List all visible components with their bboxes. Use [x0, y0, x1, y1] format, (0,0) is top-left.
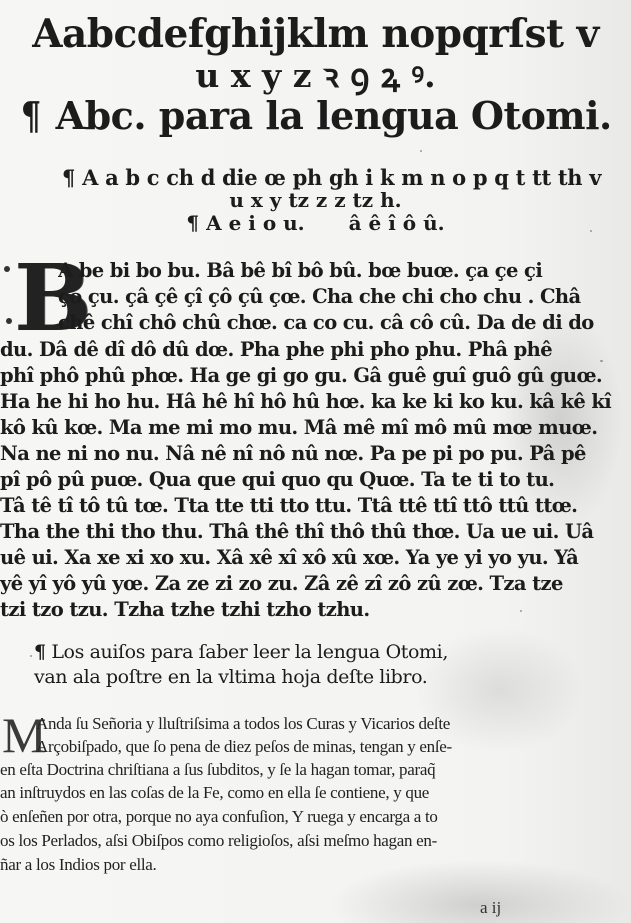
- gothic-alphabet-line-1: Aabcdefghijklm nopqrſst v: [0, 12, 631, 56]
- otomi-alphabet-line-1: ¶ A a b c ch d die œ ph gh i k m n o p q…: [62, 166, 601, 190]
- syllabary-line: du. Dâ dê dî dô dû dœ. Pha phe phi pho p…: [0, 337, 620, 363]
- mandate-line: os los Perlados, aſsi Obiſpos como relig…: [0, 829, 626, 852]
- syllabary-line: pî pô pû puœ. Qua que qui quo qu Quœ. Ta…: [0, 467, 620, 493]
- page-title: ¶ Abc. para la lengua Otomi.: [0, 93, 631, 139]
- vowels-line: ¶ A e i o u. â ê î ô û.: [0, 210, 631, 236]
- mandate-line: Anda ſu Señoria y lluſtriſsima a todos l…: [36, 712, 626, 735]
- pilcrow-icon: ¶: [186, 211, 199, 235]
- syllabary-line: Ha he hi ho hu. Hâ hê hî hô hû hœ. ka ke…: [0, 389, 620, 415]
- page-title-text: Abc. para la lengua Otomi.: [56, 93, 612, 138]
- scanned-page: Aabcdefghijklm nopqrſst v u x y z ꝛ ꝯ ꝝ …: [0, 0, 631, 923]
- mandate-line: Arçobiſpado, que ſo pena de diez peſos d…: [36, 735, 626, 758]
- avisos-note: ¶ Los auiſos para ſaber leer la lengua O…: [34, 640, 448, 690]
- syllabary-line: tzi tzo tzu. Tzha tzhe tzhi tzho tzhu.: [0, 597, 620, 623]
- pilcrow-icon: ¶: [62, 165, 75, 190]
- syllabary-line: uê ui. Xa xe xi xo xu. Xâ xê xî xô xû xœ…: [0, 545, 620, 571]
- syllabary-line: yê yî yô yû yœ. Za ze zi zo zu. Zâ zê zî…: [0, 571, 620, 597]
- pilcrow-icon: ¶: [21, 93, 41, 139]
- avisos-line-2: van ala poſtre en la vltima hoja deſte l…: [34, 665, 448, 690]
- syllabary-line: ço çu. çâ çê çî çô çû çœ. Cha che chi ch…: [58, 284, 618, 310]
- pilcrow-icon: ¶: [34, 641, 46, 663]
- syllabary-line: Tâ tê tî tô tû tœ. Tta tte tti tto ttu. …: [0, 493, 620, 519]
- avisos-line-1: Los auiſos para ſaber leer la lengua Oto…: [51, 641, 448, 663]
- otomi-alphabet-text: A a b c ch d die œ ph gh i k m n o p q t…: [82, 165, 601, 190]
- vowels-accented: â ê î ô û.: [349, 211, 445, 235]
- otomi-alphabet-line-2: u x y tz z z tz h.: [0, 188, 631, 212]
- scan-speck: [590, 230, 592, 232]
- vowels-plain: A e i o u.: [206, 211, 305, 235]
- syllabary-line: chê chî chô chû chœ. ca co cu. câ cô cû.…: [58, 310, 618, 336]
- mandate-line: en eſta Doctrina chriſtiana a ſus ſubdit…: [0, 758, 626, 781]
- syllabary-line: Tha the thi tho thu. Thâ thê thî thô thû…: [0, 519, 620, 545]
- ornament-dot: [4, 266, 10, 272]
- gothic-alphabet-line-2: u x y z ꝛ ꝯ ꝝ ꝰ.: [0, 56, 631, 96]
- syllabary-line: kô kû kœ. Ma me mi mo mu. Mâ mê mî mô mû…: [0, 415, 620, 441]
- syllabary-line: A be bi bo bu. Bâ bê bî bô bû. bœ buœ. ç…: [58, 258, 618, 284]
- scan-speck: [600, 360, 603, 362]
- syllabary-line: Na ne ni no nu. Nâ nê nî nô nû nœ. Pa pe…: [0, 441, 620, 467]
- syllabary-line: phî phô phû phœ. Ha ge gi go gu. Gâ guê …: [0, 363, 620, 389]
- ornament-dot: [6, 318, 12, 324]
- mandate-line: an inſtruydos en las coſas de la Fe, com…: [0, 781, 626, 804]
- scan-speck: [420, 150, 422, 152]
- scan-speck: [30, 655, 32, 657]
- mandate-line: ò enſeñen por otra, porque no aya confuſ…: [0, 805, 626, 828]
- scan-speck: [520, 610, 522, 612]
- signature-mark: a ij: [480, 898, 501, 918]
- mandate-line: ñar a los Indios por ella.: [0, 853, 626, 876]
